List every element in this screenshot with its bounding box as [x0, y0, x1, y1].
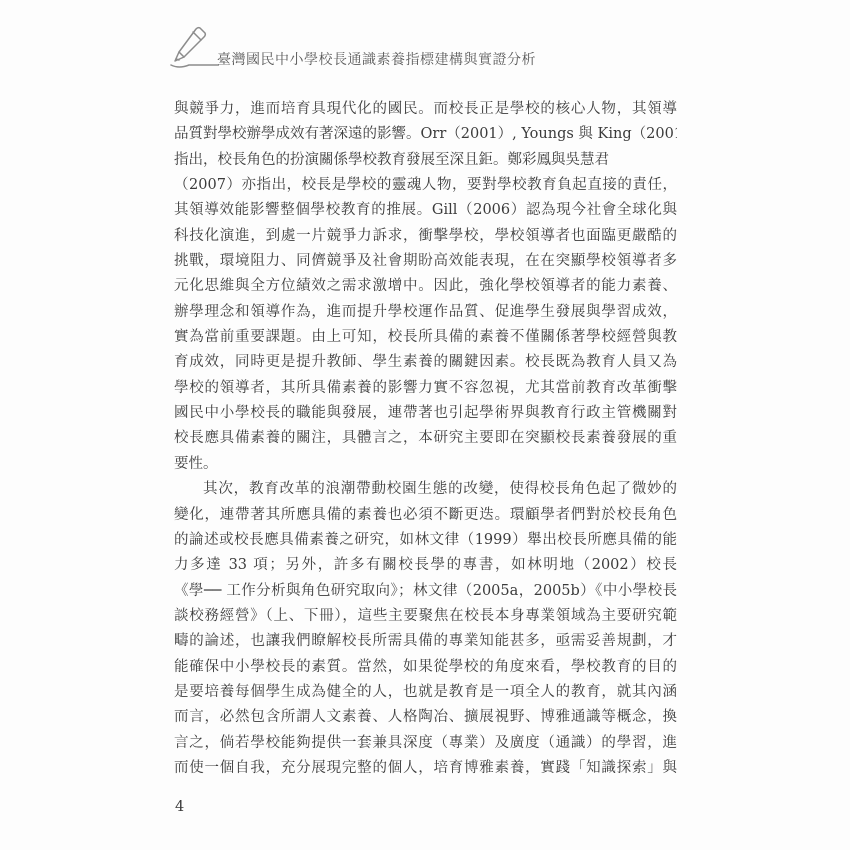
text-line: （2007）亦指出，校長是學校的靈魂人物，要對學校教育負起直接的責任，: [174, 173, 677, 198]
text-line: 而使一個自我，充分展現完整的個人，培育博雅素養，實踐「知識探索」與: [174, 756, 677, 781]
main-text: 與競爭力，進而培育具現代化的國民。而校長正是學校的核心人物，其領導 品質對學校辦…: [174, 97, 677, 781]
text-line paragraph-end: 要性。: [174, 452, 677, 477]
text-line: 育成效，同時更是提升教師、學生素養的關鍵因素。校長既為教育人員又為: [174, 350, 677, 375]
text-line: 言之，倘若學校能夠提供一套兼具深度（專業）及廣度（通識）的學習，進: [174, 731, 677, 756]
text-line: 品質對學校辦學成效有著深遠的影響。Orr（2001）, Youngs 與 Kin…: [174, 122, 677, 147]
text-line: 其領導效能影響整個學校教育的推展。Gill（2006）認為現今社會全球化與: [174, 198, 677, 223]
running-header: 臺灣國民中小學校長通識素養指標建構與實證分析: [167, 24, 536, 70]
text-line: 談校務經營》（上、下冊），這些主要聚焦在校長本身專業領域為主要研究範: [174, 604, 677, 629]
text-line: 學校的領導者，其所具備素養的影響力實不容忽視，尤其當前教育改革衝擊: [174, 376, 677, 401]
text-line: 《學── 工作分析與角色研究取向》；林文律（2005a，2005b）《中小學校長: [174, 579, 677, 604]
book-page: 臺灣國民中小學校長通識素養指標建構與實證分析 與競爭力，進而培育具現代化的國民。…: [0, 0, 850, 850]
text-line: 指出，校長角色的扮演關係學校教育發展至深且鉅。鄭彩鳳與吳慧君: [174, 148, 677, 173]
text-line: 變化，連帶著其所應具備的素養也必須不斷更迭。環顧學者們對於校長角色: [174, 503, 677, 528]
text-line: 國民中小學校長的職能與發展，連帶著也引起學術界與教育行政主管機關對: [174, 401, 677, 426]
text-line paragraph-start: 其次，教育改革的浪潮帶動校園生態的改變，使得校長角色起了微妙的: [174, 477, 677, 502]
text-line: 是要培養每個學生成為健全的人，也就是教育是一項全人的教育，就其內涵: [174, 680, 677, 705]
running-header-title: 臺灣國民中小學校長通識素養指標建構與實證分析: [217, 53, 536, 70]
text-line: 挑戰，環境阻力、同儕競爭及社會期盼高效能表現，在在突顯學校領導者多: [174, 249, 677, 274]
text-line: 校長應具備素養的關注，具體言之，本研究主要即在突顯校長素養發展的重: [174, 426, 677, 451]
text-line: 實為當前重要課題。由上可知，校長所具備的素養不僅關係著學校經營與教: [174, 325, 677, 350]
text-line: 與競爭力，進而培育具現代化的國民。而校長正是學校的核心人物，其領導: [174, 97, 677, 122]
text-line: 的論述或校長應具備素養之研究，如林文律（1999）舉出校長所應具備的能: [174, 528, 677, 553]
page-number: 4: [175, 799, 184, 815]
text-line: 而言，必然包含所謂人文素養、人格陶冶、擴展視野、博雅通識等概念，換: [174, 705, 677, 730]
text-line: 元化思維與全方位績效之需求激增中。因此，強化學校領導者的能力素養、: [174, 274, 677, 299]
text-line: 力多達 33 項；另外，許多有關校長學的專書，如林明地（2002）校長: [174, 553, 677, 578]
text-line: 疇的論述，也讓我們瞭解校長所需具備的專業知能甚多，亟需妥善規劃，才: [174, 629, 677, 654]
text-line: 辦學理念和領導作為，進而提升學校運作品質、促進學生發展與學習成效，: [174, 300, 677, 325]
text-line: 科技化演進，到處一片競爭力訴求，衝擊學校，學校領導者也面臨更嚴酷的: [174, 224, 677, 249]
pencil-icon: [167, 24, 219, 70]
text-line: 能確保中小學校長的素質。當然，如果從學校的角度來看，學校教育的目的: [174, 655, 677, 680]
